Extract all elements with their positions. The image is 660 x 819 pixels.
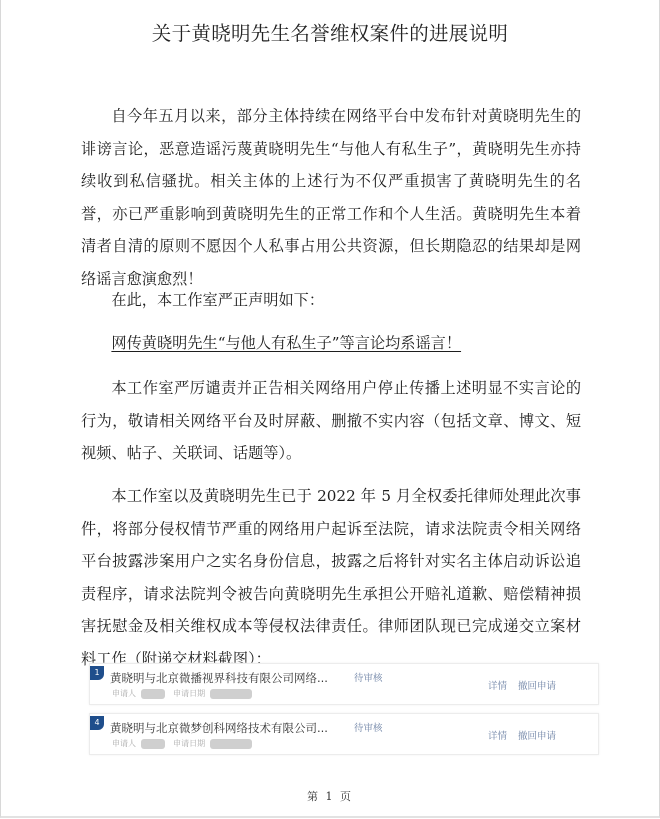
document-page: 关于黄晓明先生名誉维权案件的进展说明 自今年五月以来，部分主体持续在网络平台中发… xyxy=(0,0,660,818)
withdraw-link[interactable]: 撤回申请 xyxy=(518,681,556,692)
case-meta: 申请人 申请日期 xyxy=(112,738,258,749)
applicant-label: 申请人 xyxy=(112,688,136,699)
case-title[interactable]: 黄晓明与北京微播视界科技有限公司网络... xyxy=(110,670,328,686)
case-meta: 申请人 申请日期 xyxy=(112,688,258,699)
paragraph-text: 本工作室严厉谴责并正告相关网络用户停止传播上述明显不实言论的行为，敬请相关网络平… xyxy=(81,372,581,470)
index-badge: 1 xyxy=(90,666,104,680)
date-label: 申请日期 xyxy=(173,738,205,749)
paragraph-warning: 本工作室严厉谴责并正告相关网络用户停止传播上述明显不实言论的行为，敬请相关网络平… xyxy=(81,372,581,470)
filing-card: 1 黄晓明与北京微播视界科技有限公司网络... 申请人 申请日期 待审核 详情 … xyxy=(89,663,599,705)
filing-screenshot: 1 黄晓明与北京微播视界科技有限公司网络... 申请人 申请日期 待审核 详情 … xyxy=(89,663,599,763)
underlined-statement: 网传黄晓明先生“与他人有私生子”等言论均系谣言！ xyxy=(111,334,461,352)
details-link[interactable]: 详情 xyxy=(488,731,507,742)
card-actions: 详情 撤回申请 xyxy=(488,678,564,692)
status-badge: 待审核 xyxy=(354,670,383,684)
paragraph-background: 自今年五月以来，部分主体持续在网络平台中发布针对黄晓明先生的诽谤言论，恶意造谣污… xyxy=(81,100,581,295)
page-number: 第 1 页 xyxy=(1,788,659,804)
card-actions: 详情 撤回申请 xyxy=(488,728,564,742)
paragraph-legal-action: 本工作室以及黄晓明先生已于 2022 年 5 月全权委托律师处理此次事件，将部分… xyxy=(81,480,581,675)
withdraw-link[interactable]: 撤回申请 xyxy=(518,731,556,742)
details-link[interactable]: 详情 xyxy=(488,681,507,692)
redacted-date xyxy=(210,739,252,749)
paragraph-declaration-intro: 在此，本工作室严正声明如下： xyxy=(81,284,581,317)
index-badge: 4 xyxy=(90,716,104,730)
paragraph-rumor-statement: 网传黄晓明先生“与他人有私生子”等言论均系谣言！ xyxy=(81,327,581,360)
status-badge: 待审核 xyxy=(354,720,383,734)
paragraph-text: 在此，本工作室严正声明如下： xyxy=(81,284,581,317)
case-title[interactable]: 黄晓明与北京微梦创科网络技术有限公司... xyxy=(110,720,328,736)
redacted-applicant xyxy=(141,739,165,749)
paragraph-text: 本工作室以及黄晓明先生已于 2022 年 5 月全权委托律师处理此次事件，将部分… xyxy=(81,480,581,675)
applicant-label: 申请人 xyxy=(112,738,136,749)
document-title: 关于黄晓明先生名誉维权案件的进展说明 xyxy=(1,18,659,46)
filing-card: 4 黄晓明与北京微梦创科网络技术有限公司... 申请人 申请日期 待审核 详情 … xyxy=(89,713,599,755)
paragraph-text: 自今年五月以来，部分主体持续在网络平台中发布针对黄晓明先生的诽谤言论，恶意造谣污… xyxy=(81,100,581,295)
date-label: 申请日期 xyxy=(173,688,205,699)
redacted-date xyxy=(210,689,252,699)
redacted-applicant xyxy=(141,689,165,699)
